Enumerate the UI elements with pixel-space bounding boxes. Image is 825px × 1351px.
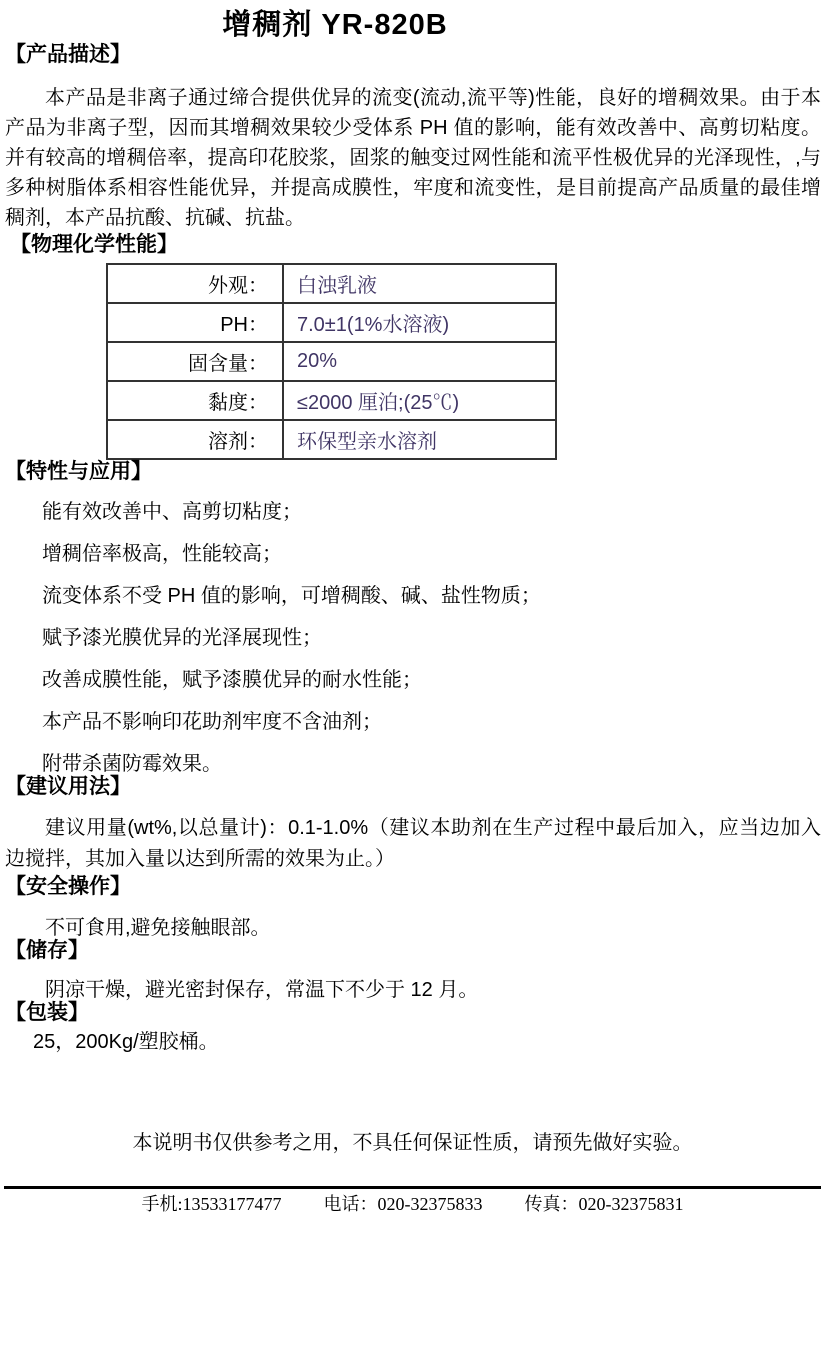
section-storage: 【储存】 阴凉干燥，避光密封保存，常温下不少于 12 月。 [0, 939, 825, 1001]
packaging-heading: 【包装】 [5, 1001, 825, 1025]
features-list: 能有效改善中、高剪切粘度； 增稠倍率极高，性能较高； 流变体系不受 PH 值的影… [42, 501, 821, 775]
usage-text: 建议用量(wt%,以总量计)：0.1-1.0%（建议本助剂在生产过程中最后加入，… [5, 813, 821, 875]
property-value: 白浊乳液 [283, 264, 556, 303]
description-heading: 【产品描述】 [5, 43, 825, 67]
page-title: 增稠剂 YR-820B [0, 0, 670, 43]
section-usage: 【建议用法】 建议用量(wt%,以总量计)：0.1-1.0%（建议本助剂在生产过… [0, 775, 825, 875]
property-label: 外观： [107, 264, 283, 303]
footer-mobile: 手机:13533177477 [141, 1193, 281, 1215]
list-item: 能有效改善中、高剪切粘度； [42, 501, 821, 523]
list-item: 本产品不影响印花助剂牢度不含油剂； [42, 711, 821, 733]
property-value: 7.0±1(1%水溶液) [283, 303, 556, 342]
property-value: 环保型亲水溶剂 [283, 420, 556, 459]
section-description: 【产品描述】 本产品是非离子通过缔合提供优异的流变(流动,流平等)性能，良好的增… [0, 43, 825, 233]
section-features: 【特性与应用】 能有效改善中、高剪切粘度； 增稠倍率极高，性能较高； 流变体系不… [0, 460, 825, 775]
properties-heading: 【物理化学性能】 [10, 233, 825, 257]
disclaimer-text: 本说明书仅供参考之用，不具任何保证性质，请预先做好实验。 [0, 1131, 825, 1155]
property-label: 固含量： [107, 342, 283, 381]
storage-text: 阴凉干燥，避光密封保存，常温下不少于 12 月。 [5, 979, 821, 1001]
property-label: 溶剂： [107, 420, 283, 459]
footer-divider [4, 1186, 821, 1189]
list-item: 流变体系不受 PH 值的影响，可增稠酸、碱、盐性物质； [42, 585, 821, 607]
description-text: 本产品是非离子通过缔合提供优异的流变(流动,流平等)性能，良好的增稠效果。由于本… [5, 83, 821, 233]
section-safety: 【安全操作】 不可食用,避免接触眼部。 [0, 875, 825, 939]
features-heading: 【特性与应用】 [5, 460, 825, 484]
usage-heading: 【建议用法】 [5, 775, 825, 799]
table-row-appearance: 外观： 白浊乳液 [107, 264, 556, 303]
list-item: 附带杀菌防霉效果。 [42, 753, 821, 775]
table-row-viscosity: 黏度： ≤2000 厘泊;(25℃) [107, 381, 556, 420]
property-label: PH： [107, 303, 283, 342]
storage-heading: 【储存】 [5, 939, 825, 963]
properties-table-body: 外观： 白浊乳液 PH： 7.0±1(1%水溶液) 固含量： 20% 黏度： ≤… [107, 264, 556, 459]
property-label: 黏度： [107, 381, 283, 420]
list-item: 改善成膜性能，赋予漆膜优异的耐水性能； [42, 669, 821, 691]
product-datasheet-page: 增稠剂 YR-820B 【产品描述】 本产品是非离子通过缔合提供优异的流变(流动… [0, 0, 825, 1351]
table-row-solid-content: 固含量： 20% [107, 342, 556, 381]
property-value: ≤2000 厘泊;(25℃) [283, 381, 556, 420]
list-item: 赋予漆光膜优异的光泽展现性； [42, 627, 821, 649]
footer-contact-bar: 手机:13533177477 电话：020-32375833 传真：020-32… [0, 1193, 825, 1215]
table-row-ph: PH： 7.0±1(1%水溶液) [107, 303, 556, 342]
footer-fax: 传真：020-32375831 [525, 1193, 684, 1215]
properties-table: 外观： 白浊乳液 PH： 7.0±1(1%水溶液) 固含量： 20% 黏度： ≤… [106, 263, 557, 460]
packaging-text: 25，200Kg/塑胶桶。 [5, 1031, 821, 1053]
table-row-solvent: 溶剂： 环保型亲水溶剂 [107, 420, 556, 459]
section-properties: 【物理化学性能】 外观： 白浊乳液 PH： 7.0±1(1%水溶液) 固含量： … [0, 233, 825, 460]
property-value: 20% [283, 342, 556, 381]
footer-phone: 电话：020-32375833 [324, 1193, 483, 1215]
safety-text: 不可食用,避免接触眼部。 [5, 917, 821, 939]
section-packaging: 【包装】 25，200Kg/塑胶桶。 [0, 1001, 825, 1053]
safety-heading: 【安全操作】 [5, 875, 825, 899]
list-item: 增稠倍率极高，性能较高； [42, 543, 821, 565]
